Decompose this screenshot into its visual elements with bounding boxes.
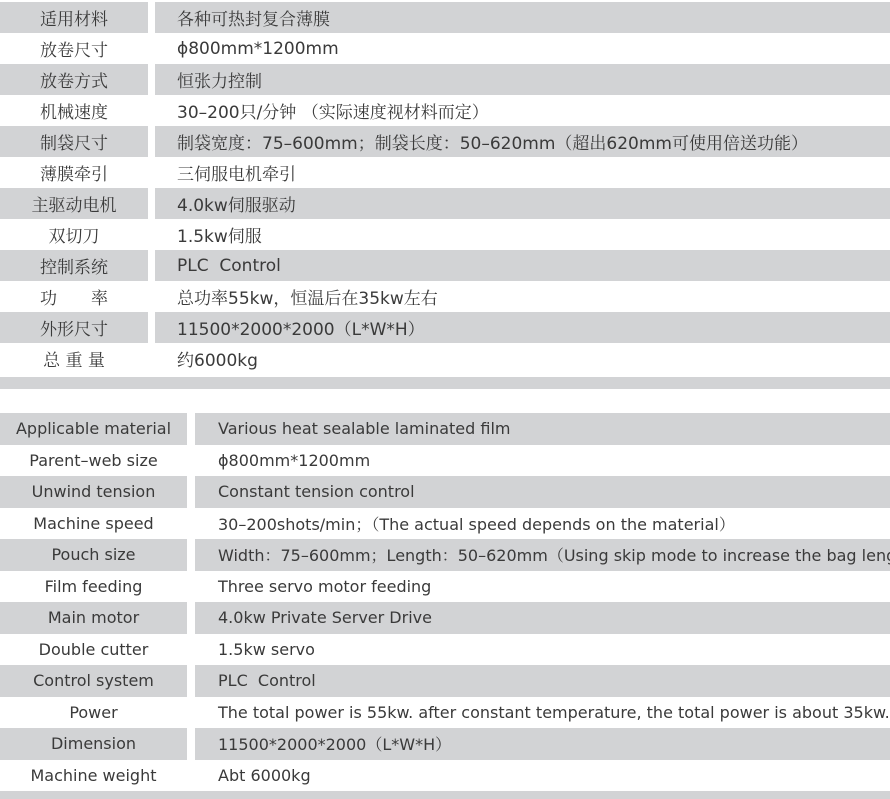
- column-divider: [187, 602, 195, 634]
- spec-row: Machine speed30–200shots/min；（The actual…: [0, 508, 890, 540]
- spec-row: 外形尺寸11500*2000*2000（L*W*H）: [0, 312, 890, 343]
- spec-value: 4.0kw伺服驱动: [155, 188, 890, 219]
- spec-row: 双切刀1.5kw伺服: [0, 219, 890, 250]
- spec-row: 总 重 量约6000kg: [0, 343, 890, 374]
- spec-row: 放卷尺寸ϕ800mm*1200mm: [0, 33, 890, 64]
- spec-value: 约6000kg: [155, 343, 890, 374]
- column-divider: [187, 634, 195, 666]
- spec-label: 外形尺寸: [0, 312, 148, 343]
- spec-row: 机械速度30–200只/分钟 （实际速度视材料而定）: [0, 95, 890, 126]
- column-divider: [187, 539, 195, 571]
- column-divider: [187, 728, 195, 760]
- column-divider: [187, 697, 195, 729]
- spec-value: Width：75–600mm；Length：50–620mm（Using ski…: [195, 539, 890, 571]
- spec-value: 各种可热封复合薄膜: [155, 2, 890, 33]
- column-divider: [187, 760, 195, 792]
- spec-row: 放卷方式恒张力控制: [0, 64, 890, 95]
- spec-value: Abt 6000kg: [195, 760, 890, 792]
- spec-row: Dimension11500*2000*2000（L*W*H）: [0, 728, 890, 760]
- spec-row: Double cutter1.5kw servo: [0, 634, 890, 666]
- spec-row: Film feedingThree servo motor feeding: [0, 571, 890, 603]
- bottom-separator-bar: [0, 791, 890, 799]
- spec-label: Control system: [0, 665, 187, 697]
- spec-label: 适用材料: [0, 2, 148, 33]
- spec-value: 11500*2000*2000（L*W*H）: [155, 312, 890, 343]
- column-divider: [187, 476, 195, 508]
- spec-label: Dimension: [0, 728, 187, 760]
- spec-label: 放卷方式: [0, 64, 148, 95]
- column-divider: [148, 157, 155, 188]
- table-separator-bar: [0, 377, 890, 389]
- spec-row: 主驱动电机4.0kw伺服驱动: [0, 188, 890, 219]
- spec-row: Pouch sizeWidth：75–600mm；Length：50–620mm…: [0, 539, 890, 571]
- column-divider: [187, 445, 195, 477]
- spec-label: 薄膜牵引: [0, 157, 148, 188]
- spec-row: 控制系统PLC Control: [0, 250, 890, 281]
- spec-value: 三伺服电机牵引: [155, 157, 890, 188]
- spec-value: Constant tension control: [195, 476, 890, 508]
- spec-value: Various heat sealable laminated film: [195, 413, 890, 445]
- spec-row: PowerThe total power is 55kw. after cons…: [0, 697, 890, 729]
- spec-row: 薄膜牵引三伺服电机牵引: [0, 157, 890, 188]
- spec-value: The total power is 55kw. after constant …: [195, 697, 890, 729]
- spec-label: 主驱动电机: [0, 188, 148, 219]
- column-divider: [187, 665, 195, 697]
- spec-row: 功 率总功率55kw，恒温后在35kw左右: [0, 281, 890, 312]
- spec-value: 制袋宽度：75–600mm；制袋长度：50–620mm（超出620mm可使用倍送…: [155, 126, 890, 157]
- spec-label: 双切刀: [0, 219, 148, 250]
- column-divider: [148, 312, 155, 343]
- spec-value: 1.5kw伺服: [155, 219, 890, 250]
- spec-value: ϕ800mm*1200mm: [155, 33, 890, 64]
- spec-label: 总 重 量: [0, 343, 148, 374]
- spec-value: 总功率55kw，恒温后在35kw左右: [155, 281, 890, 312]
- spec-label: Unwind tension: [0, 476, 187, 508]
- machine-spec-sheet: 适用材料各种可热封复合薄膜放卷尺寸ϕ800mm*1200mm放卷方式恒张力控制机…: [0, 2, 890, 799]
- spec-label: Machine weight: [0, 760, 187, 792]
- spec-row: Applicable materialVarious heat sealable…: [0, 413, 890, 445]
- column-divider: [148, 64, 155, 95]
- column-divider: [187, 508, 195, 540]
- spec-label: 放卷尺寸: [0, 33, 148, 64]
- spec-value: 4.0kw Private Server Drive: [195, 602, 890, 634]
- spec-value: 1.5kw servo: [195, 634, 890, 666]
- spec-value: 30–200只/分钟 （实际速度视材料而定）: [155, 95, 890, 126]
- spec-label: Pouch size: [0, 539, 187, 571]
- spec-label: Film feeding: [0, 571, 187, 603]
- spec-value: 恒张力控制: [155, 64, 890, 95]
- column-divider: [148, 188, 155, 219]
- column-divider: [148, 343, 155, 374]
- column-divider: [148, 95, 155, 126]
- spec-value: ϕ800mm*1200mm: [195, 445, 890, 477]
- spec-label: 制袋尺寸: [0, 126, 148, 157]
- column-divider: [187, 413, 195, 445]
- column-divider: [148, 126, 155, 157]
- spec-label: Power: [0, 697, 187, 729]
- spec-label: 机械速度: [0, 95, 148, 126]
- spec-value: 30–200shots/min；（The actual speed depend…: [195, 508, 890, 540]
- spec-label: Parent–web size: [0, 445, 187, 477]
- spec-row: 制袋尺寸制袋宽度：75–600mm；制袋长度：50–620mm（超出620mm可…: [0, 126, 890, 157]
- column-divider: [187, 571, 195, 603]
- spec-label: Applicable material: [0, 413, 187, 445]
- spec-value: PLC Control: [155, 250, 890, 281]
- column-divider: [148, 33, 155, 64]
- spec-row: Machine weightAbt 6000kg: [0, 760, 890, 792]
- spec-label: Double cutter: [0, 634, 187, 666]
- spec-label: 功 率: [0, 281, 148, 312]
- spec-row: Parent–web sizeϕ800mm*1200mm: [0, 445, 890, 477]
- column-divider: [148, 281, 155, 312]
- column-divider: [148, 2, 155, 33]
- spec-row: Control systemPLC Control: [0, 665, 890, 697]
- spec-value: Three servo motor feeding: [195, 571, 890, 603]
- spec-label: Machine speed: [0, 508, 187, 540]
- column-divider: [148, 219, 155, 250]
- spec-table-english: Applicable materialVarious heat sealable…: [0, 413, 890, 791]
- spec-label: Main motor: [0, 602, 187, 634]
- spec-value: 11500*2000*2000（L*W*H）: [195, 728, 890, 760]
- spec-table-chinese: 适用材料各种可热封复合薄膜放卷尺寸ϕ800mm*1200mm放卷方式恒张力控制机…: [0, 2, 890, 374]
- spec-row: 适用材料各种可热封复合薄膜: [0, 2, 890, 33]
- spec-row: Main motor4.0kw Private Server Drive: [0, 602, 890, 634]
- spec-label: 控制系统: [0, 250, 148, 281]
- spec-value: PLC Control: [195, 665, 890, 697]
- column-divider: [148, 250, 155, 281]
- spec-row: Unwind tensionConstant tension control: [0, 476, 890, 508]
